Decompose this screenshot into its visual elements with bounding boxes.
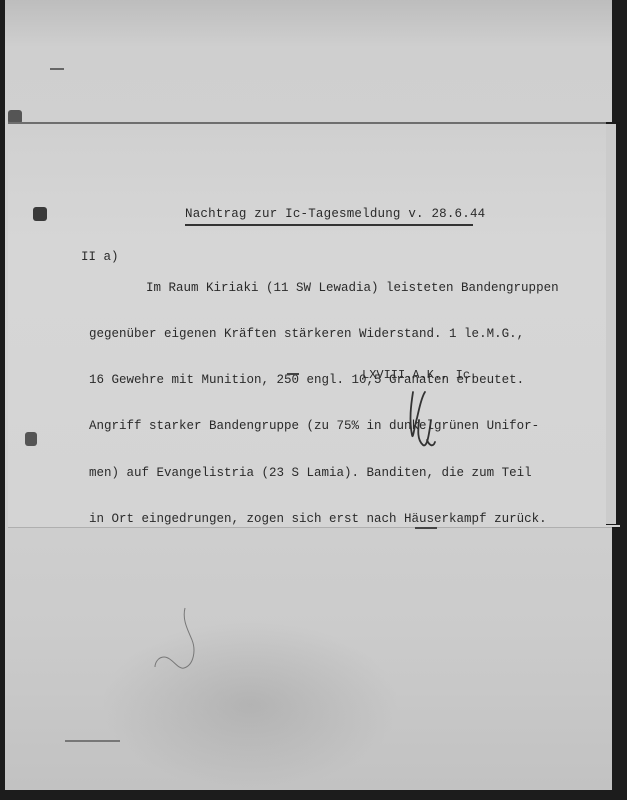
ink-mark	[287, 373, 299, 375]
ink-mark	[50, 68, 64, 70]
punch-hole-bottom	[25, 432, 37, 446]
punch-hole-top	[33, 207, 47, 221]
body-line: Angriff starker Bandengruppe (zu 75% in …	[89, 419, 559, 434]
page-edge	[606, 124, 616, 524]
report-paragraph: Im Raum Kiriaki (11 SW Lewadia) leistete…	[146, 250, 559, 543]
body-line: men) auf Evangelistria (23 S Lamia). Ban…	[89, 466, 559, 481]
body-line: Im Raum Kiriaki (11 SW Lewadia) leistete…	[146, 281, 559, 296]
paper-fiber-icon	[150, 605, 210, 685]
body-line: in Ort eingedrungen, zogen sich erst nac…	[89, 512, 559, 527]
paper-stain	[100, 620, 400, 790]
body-line: gegenüber eigenen Kräften stärkeren Wide…	[89, 327, 559, 342]
document-title: Nachtrag zur Ic-Tagesmeldung v. 28.6.44	[185, 207, 473, 226]
signature-block: LXVIII.A.K., Ic.	[362, 368, 477, 382]
section-label: II a)	[81, 250, 119, 264]
handwritten-signature-icon	[405, 390, 445, 450]
body-line: 16 Gewehre mit Munition, 250 engl. 10,5 …	[89, 373, 559, 388]
ink-mark	[65, 740, 120, 742]
ink-mark	[415, 527, 437, 529]
